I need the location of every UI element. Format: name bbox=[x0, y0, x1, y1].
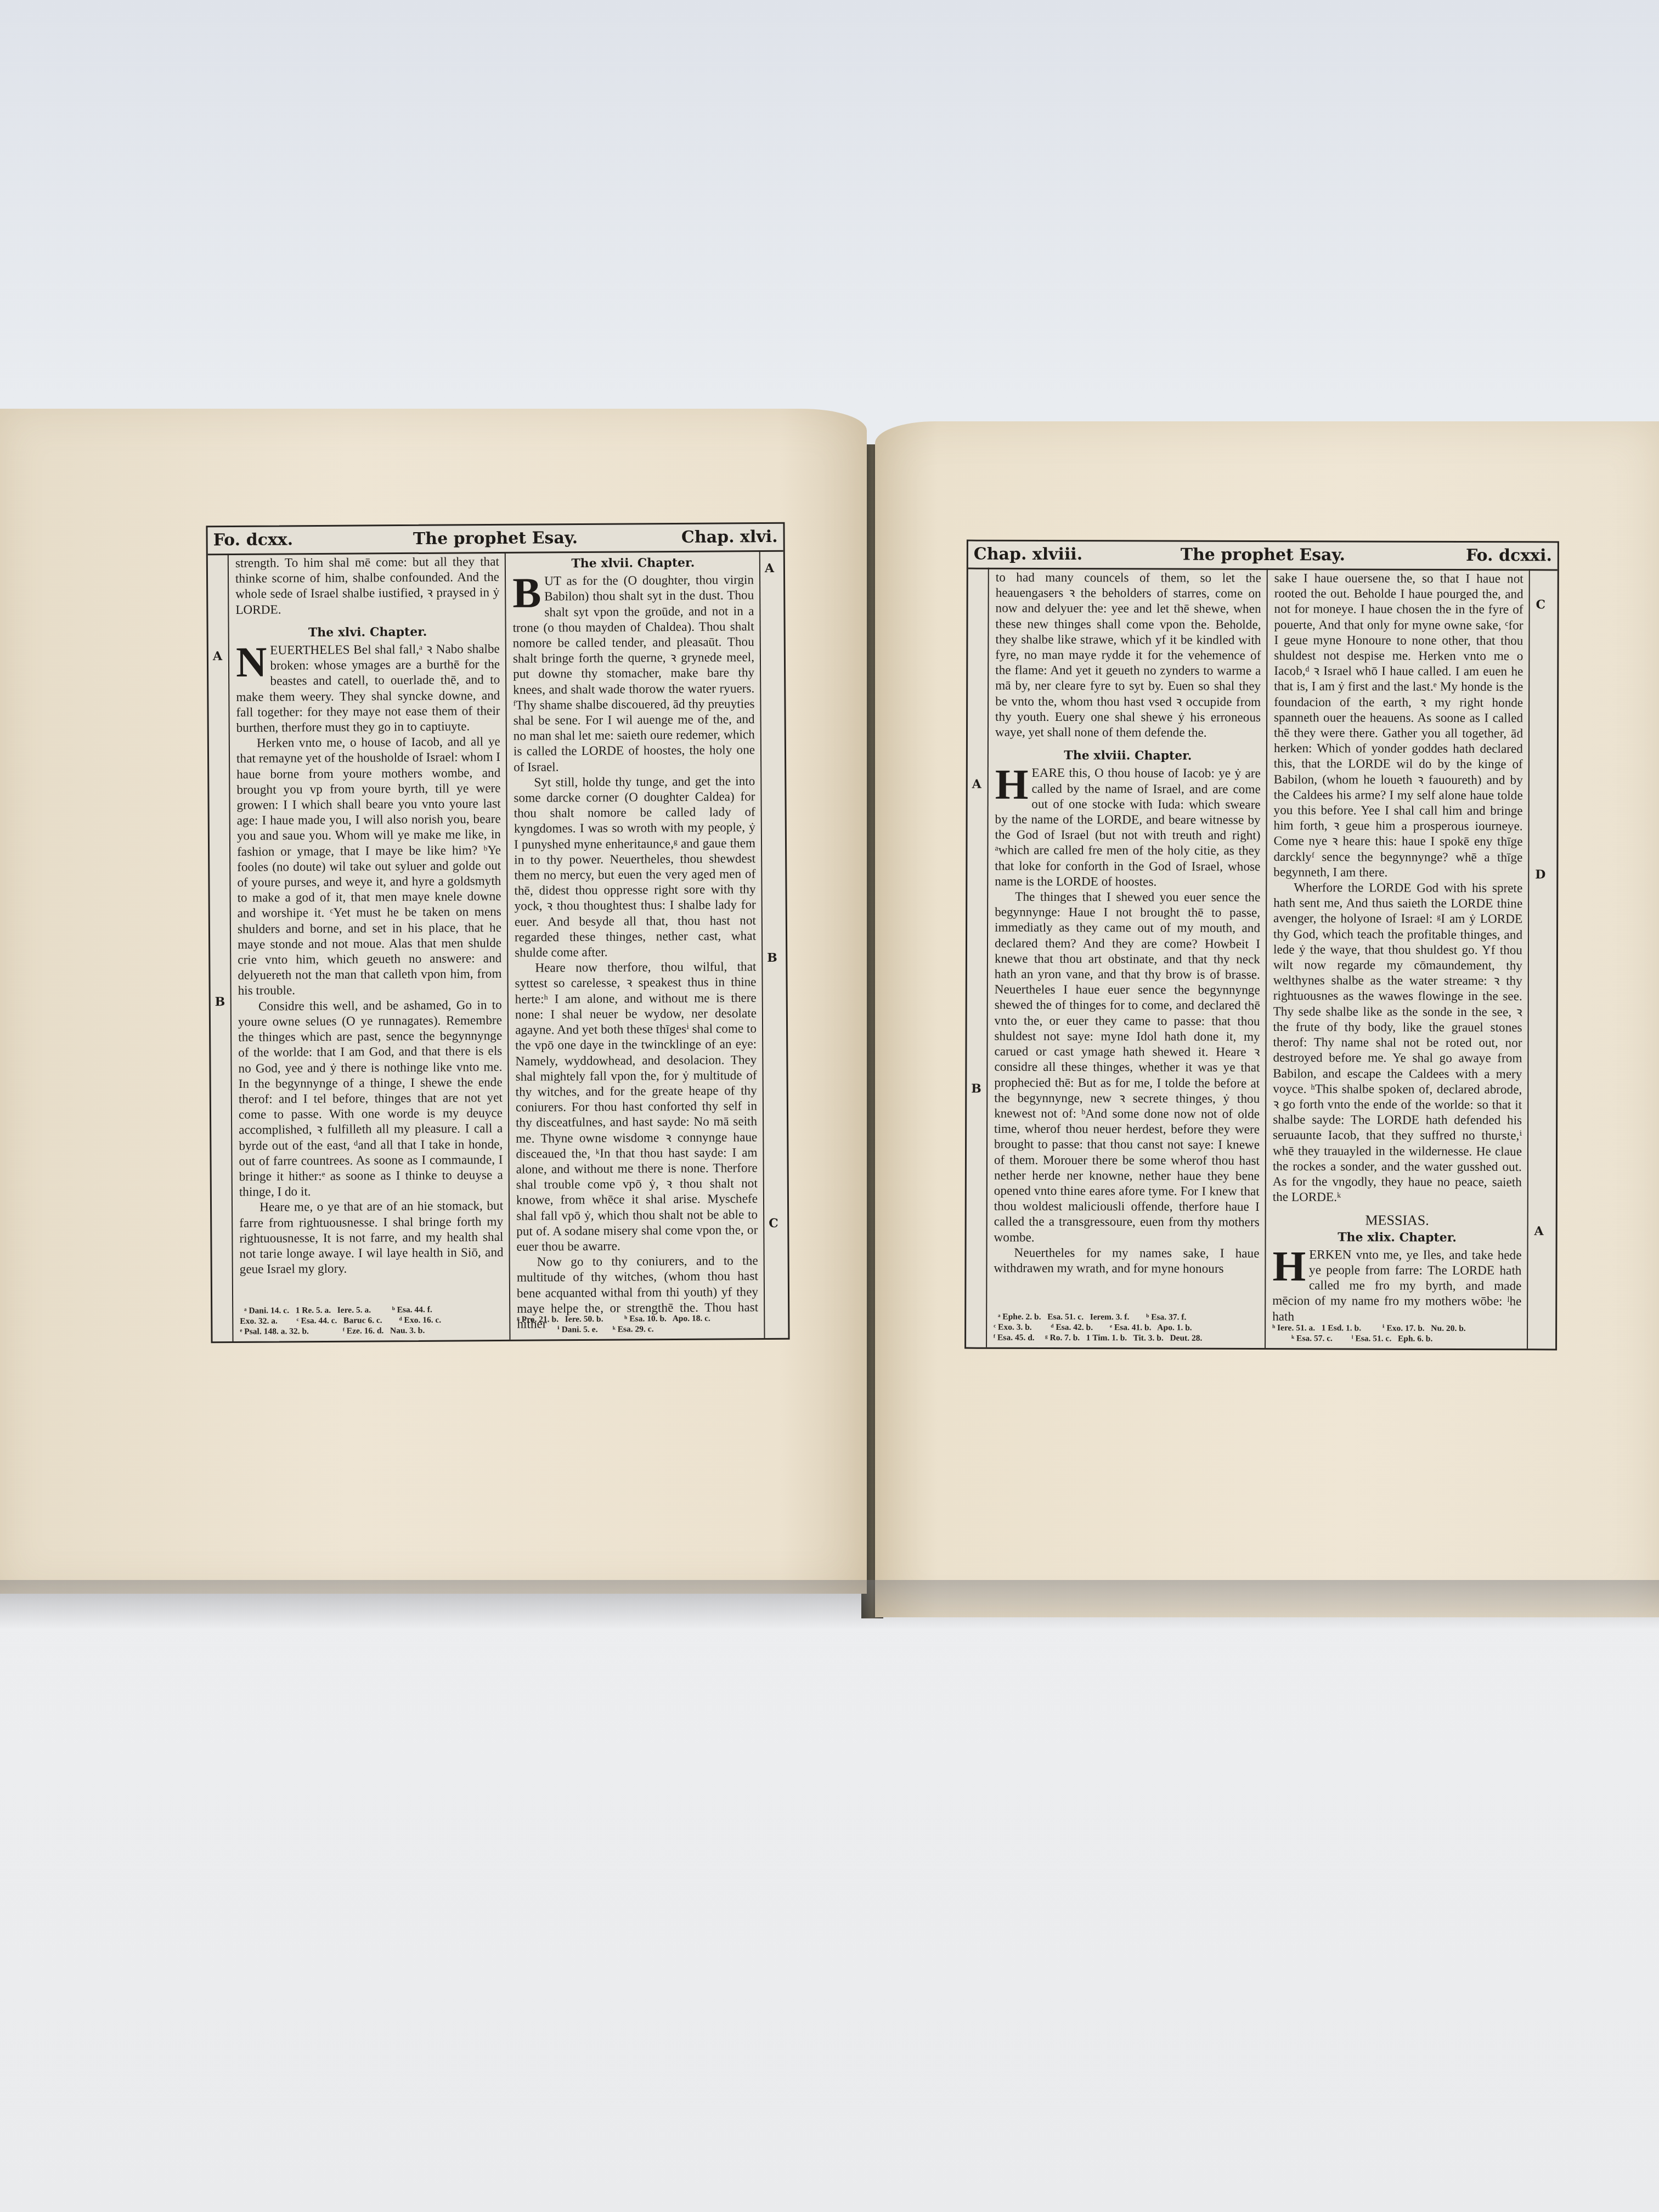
chapter-heading: The xlix. Chapter. bbox=[1273, 1229, 1522, 1245]
marginal-references: ʰ Iere. 51. a. 1 Esd. 1. b. ⁱ Exo. 17. b… bbox=[1272, 1323, 1521, 1344]
margin-letter: A bbox=[972, 777, 981, 792]
paragraph: strength. To him shal mē come: but all t… bbox=[235, 554, 500, 618]
margin-letter: B bbox=[971, 1082, 981, 1096]
paragraph: Neuertheles for my names sake, I haue wi… bbox=[994, 1245, 1259, 1277]
paragraph: Herken vnto me, o house of Iacob, and al… bbox=[236, 734, 502, 998]
right-column-1: to had many councels of them, so let the… bbox=[986, 568, 1267, 1348]
left-column-1: strength. To him shal mē come: but all t… bbox=[228, 552, 510, 1341]
right-page-text-block: Chap. xlviii. The prophet Esay. Fo. dcxx… bbox=[964, 540, 1559, 1351]
paragraph: Wherfore the LORDE God with his sprete h… bbox=[1273, 880, 1523, 1205]
margin-letter: A bbox=[213, 649, 222, 663]
margin-letter: B bbox=[767, 951, 777, 965]
reference-line: ᶜ Exo. 3. b. ᵈ Esa. 42. b. ᵉ Esa. 41. b.… bbox=[994, 1322, 1259, 1333]
reference-line: ᵉ Psal. 148. a. 32. b. ᶠ Eze. 16. d. Nau… bbox=[240, 1325, 504, 1337]
paragraph: Considre this well, and be ashamed, Go i… bbox=[238, 997, 503, 1200]
paragraph: EARE this, O thou house of Iacob: ye ẏ a… bbox=[995, 766, 1261, 889]
reference-line: ᶠ Esa. 45. d. ᵍ Ro. 7. b. 1 Tim. 1. b. T… bbox=[994, 1333, 1259, 1344]
folio-number: Fo. dcxxi. bbox=[1466, 546, 1552, 565]
marginal-references: ᵃ Dani. 14. c. 1 Re. 5. a. Iere. 5. a. ᵇ… bbox=[240, 1304, 504, 1337]
chapter-label: Chap. xlvi. bbox=[681, 527, 778, 547]
section-heading: MESSIAS. bbox=[1273, 1212, 1522, 1228]
margin-letter: C bbox=[769, 1216, 778, 1231]
paragraph: The thinges that I shewed you euer sence… bbox=[994, 889, 1261, 1246]
margin-letter: D bbox=[1535, 867, 1545, 882]
reference-line: ʰ Iere. 51. a. 1 Esd. 1. b. ⁱ Exo. 17. b… bbox=[1272, 1323, 1521, 1334]
reference-line: ᵏ Esa. 57. c. ˡ Esa. 51. c. Eph. 6. b. bbox=[1272, 1333, 1521, 1344]
drop-cap: H bbox=[995, 768, 1029, 802]
left-page-text-block: Fo. dcxx. The prophet Esay. Chap. xlvi. … bbox=[206, 522, 789, 1343]
reference-line: ⁱ Dani. 5. e. ᵏ Esa. 29. c. bbox=[517, 1323, 758, 1335]
left-column-2: The xlvii. Chapter. BUT as for the (O do… bbox=[505, 550, 764, 1340]
marginal-references: ᵍ Pro. 21. b. Iere. 50. b. ʰ Esa. 10. b.… bbox=[517, 1313, 758, 1335]
chapter-heading: The xlviii. Chapter. bbox=[995, 748, 1261, 764]
right-running-head: Chap. xlviii. The prophet Esay. Fo. dcxx… bbox=[968, 541, 1558, 571]
margin-letter: C bbox=[1536, 597, 1546, 612]
paragraph: UT as for the (O doughter, thou virgin B… bbox=[513, 573, 755, 774]
margin-letter: A bbox=[1534, 1224, 1544, 1238]
drop-cap: N bbox=[236, 645, 267, 679]
paragraph: to had many councels of them, so let the… bbox=[995, 570, 1261, 741]
paragraph: EUERTHELES Bel shal fall,ᵃ ꝛ Nabo shalbe… bbox=[236, 642, 500, 735]
paragraph: ERKEN vnto me, ye Iles, and take hede ye… bbox=[1272, 1248, 1521, 1324]
paragraph: Syt still, holde thy tunge, and get the … bbox=[513, 774, 756, 961]
right-column-2: sake I haue ouersene the, so that I haue… bbox=[1265, 568, 1529, 1348]
paragraph: Heare me, o ye that are of an hie stomac… bbox=[239, 1198, 504, 1277]
paragraph: Heare now therfore, thou wilful, that sy… bbox=[515, 959, 758, 1255]
paragraph: sake I haue ouersene the, so that I haue… bbox=[1273, 571, 1523, 881]
drop-cap: B bbox=[512, 576, 541, 610]
book-shadow bbox=[0, 1580, 1659, 1629]
margin-letter: B bbox=[215, 995, 225, 1009]
chapter-heading: The xlvi. Chapter. bbox=[236, 624, 500, 641]
chapter-heading: The xlvii. Chapter. bbox=[512, 555, 754, 572]
drop-cap: H bbox=[1272, 1249, 1306, 1283]
reference-line: ᵃ Ephe. 2. b. Esa. 51. c. Ierem. 3. f. ᵇ… bbox=[994, 1312, 1259, 1323]
marginal-references: ᵃ Ephe. 2. b. Esa. 51. c. Ierem. 3. f. ᵇ… bbox=[994, 1312, 1259, 1344]
margin-letter: A bbox=[765, 561, 774, 575]
